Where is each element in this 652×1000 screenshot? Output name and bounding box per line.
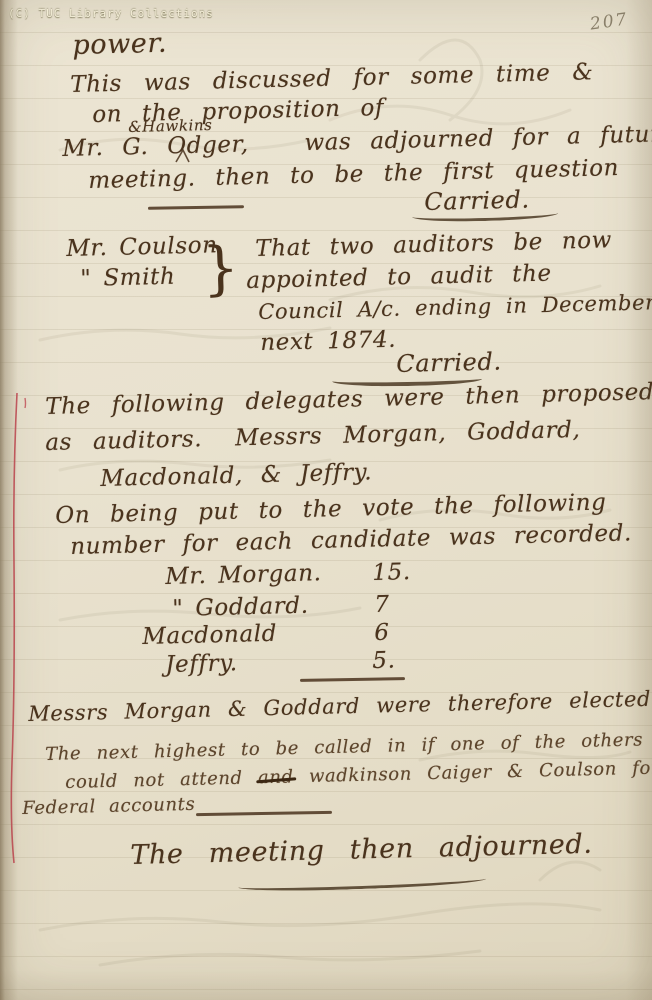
scan-vignette bbox=[0, 0, 652, 1000]
